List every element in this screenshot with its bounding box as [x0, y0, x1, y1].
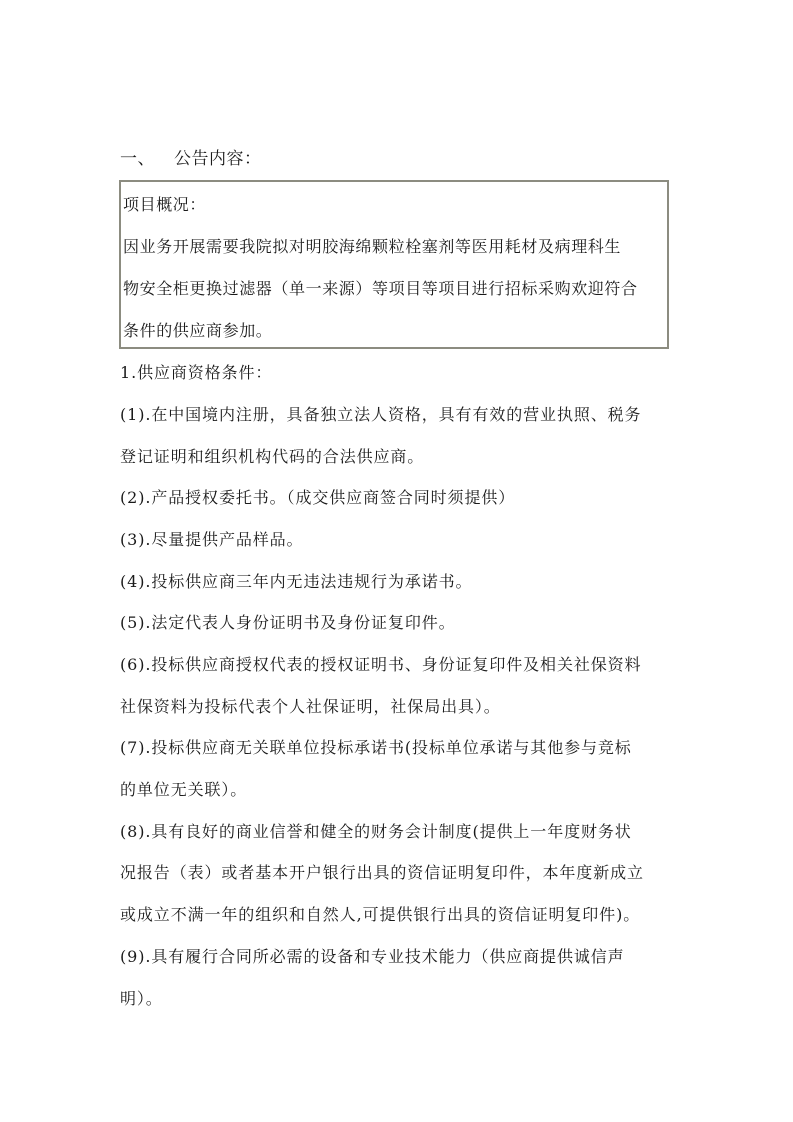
qualification-line: 社保资料为投标代表个人社保证明，社保局出具）。 — [120, 696, 501, 718]
qualification-line: 明）。 — [120, 988, 163, 1010]
qualification-line: (5).法定代表人身份证明书及身份证复印件。 — [120, 612, 456, 634]
qualification-line: (6).投标供应商授权代表的授权证明书、身份证复印件及相关社保资料 — [120, 654, 641, 676]
section-title: 公告内容： — [174, 149, 262, 169]
section-number: 一、 — [120, 147, 174, 171]
overview-line: 物安全柜更换过滤器（单一来源）等项目等项目进行招标采购欢迎符合 — [123, 278, 638, 300]
qualification-line: (2).产品授权委托书。（成交供应商签合同时须提供） — [120, 487, 515, 509]
qualification-line: (4).投标供应商三年内无违法违规行为承诺书。 — [120, 571, 472, 593]
qualification-line: (1).在中国境内注册，具备独立法人资格，具有有效的营业执照、税务 — [120, 404, 641, 426]
qualifications-title: 1.供应商资格条件： — [120, 362, 272, 384]
overview-label: 项目概况： — [123, 194, 206, 216]
section-heading: 一、公告内容： — [120, 147, 262, 171]
overview-line: 因业务开展需要我院拟对明胶海绵颗粒栓塞剂等医用耗材及病理科生 — [123, 236, 621, 258]
overview-line: 条件的供应商参加。 — [123, 320, 272, 342]
qualification-line: 的单位无关联）。 — [120, 779, 247, 801]
qualification-line: 登记证明和组织机构代码的合法供应商。 — [120, 446, 424, 468]
project-overview-box: 项目概况： 因业务开展需要我院拟对明胶海绵颗粒栓塞剂等医用耗材及病理科生 物安全… — [119, 180, 669, 349]
qualification-line: (7).投标供应商无关联单位投标承诺书(投标单位承诺与其他参与竞标 — [120, 737, 632, 759]
qualification-line: (8).具有良好的商业信誉和健全的财务会计制度(提供上一年度财务状 — [120, 821, 632, 843]
qualification-line: (9).具有履行合同所必需的设备和专业技术能力（供应商提供诚信声 — [120, 946, 625, 968]
qualification-line: 或成立不满一年的组织和自然人,可提供银行出具的资信证明复印件)。 — [120, 904, 640, 926]
qualification-line: 况报告（表）或者基本开户银行出具的资信证明复印件，本年度新成立 — [120, 862, 644, 884]
qualification-line: (3).尽量提供产品样品。 — [120, 529, 303, 551]
